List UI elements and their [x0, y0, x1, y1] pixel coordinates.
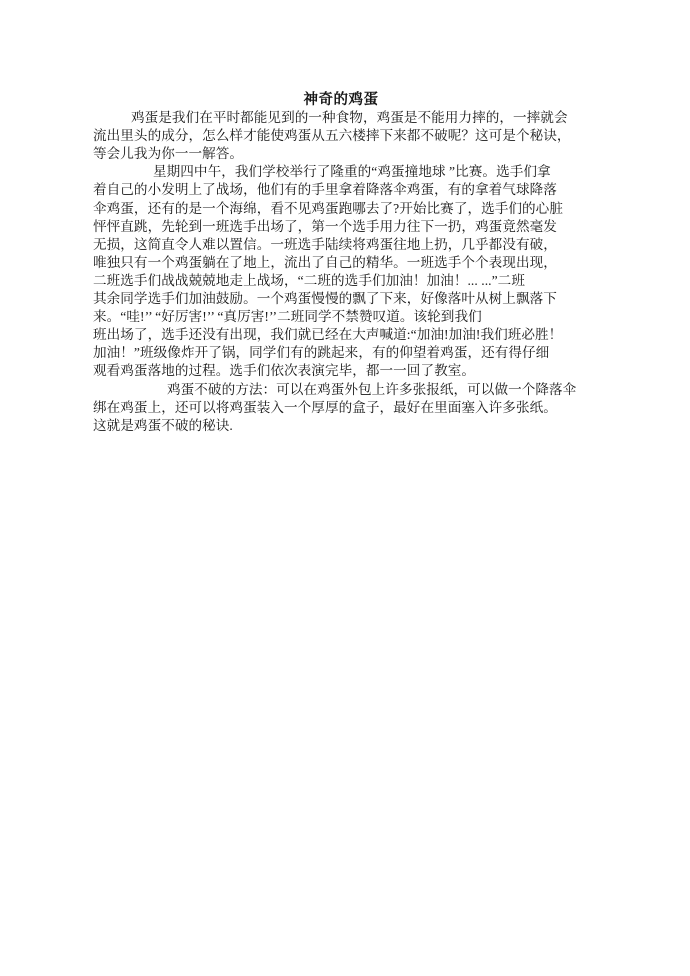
text-line: 二班选手们战战兢兢地走上战场，“二班的选手们加油！加油！... ...”二班	[93, 272, 589, 290]
text-line: 着自己的小发明上了战场，他们有的手里拿着降落伞鸡蛋，有的拿着气球降落	[93, 181, 589, 199]
document-page: 神奇的鸡蛋 鸡蛋是我们在平时都能见到的一种食物，鸡蛋是不能用力摔的，一摔就会流出…	[0, 0, 690, 976]
paragraph-method: 鸡蛋不破的方法：可以在鸡蛋外包上许多张报纸，可以做一个降落伞绑在鸡蛋上，还可以将…	[93, 381, 589, 435]
paragraph-contest: 星期四中午，我们学校举行了隆重的“鸡蛋撞地球 ”比赛。选手们拿着自己的小发明上了…	[93, 163, 589, 380]
text-line: 班出场了，选手还没有出现，我们就已经在大声喊道:“加油!加油!我们班必胜！	[93, 326, 589, 344]
text-line: 绑在鸡蛋上，还可以将鸡蛋装入一个厚厚的盒子，最好在里面塞入许多张纸。	[93, 399, 589, 417]
document-content: 神奇的鸡蛋 鸡蛋是我们在平时都能见到的一种食物，鸡蛋是不能用力摔的，一摔就会流出…	[93, 91, 589, 435]
text-line: 鸡蛋是我们在平时都能见到的一种食物，鸡蛋是不能用力摔的，一摔就会	[93, 109, 589, 127]
text-line: 流出里头的成分，怎么样才能使鸡蛋从五六楼摔下来都不破呢？这可是个秘诀，	[93, 127, 589, 145]
text-line: 星期四中午，我们学校举行了隆重的“鸡蛋撞地球 ”比赛。选手们拿	[93, 163, 589, 181]
text-line: 其余同学选手们加油鼓励。一个鸡蛋慢慢的飘了下来，好像落叶从树上飘落下	[93, 290, 589, 308]
text-line: 加油！”班级像炸开了锅，同学们有的跳起来，有的仰望着鸡蛋，还有得仔细	[93, 344, 589, 362]
text-line: 无损，这简直令人难以置信。一班选手陆续将鸡蛋往地上扔，几乎都没有破，	[93, 236, 589, 254]
paragraph-intro: 鸡蛋是我们在平时都能见到的一种食物，鸡蛋是不能用力摔的，一摔就会流出里头的成分，…	[93, 109, 589, 163]
text-line: 等会儿我为你一一解答。	[93, 145, 589, 163]
text-line: 观看鸡蛋落地的过程。选手们依次表演完毕，都一一回了教室。	[93, 362, 589, 380]
document-title: 神奇的鸡蛋	[93, 91, 589, 109]
text-line: 唯独只有一个鸡蛋躺在了地上，流出了自己的精华。一班选手个个表现出现，	[93, 254, 589, 272]
text-line: 怦怦直跳，先轮到一班选手出场了，第一个选手用力往下一扔，鸡蛋竟然毫发	[93, 218, 589, 236]
text-line: 伞鸡蛋，还有的是一个海绵，看不见鸡蛋跑哪去了?开始比赛了，选手们的心脏	[93, 200, 589, 218]
text-line: 这就是鸡蛋不破的秘诀.	[93, 417, 589, 435]
text-line: 来。“哇!’’ “好厉害!’’ “真厉害!’’二班同学不禁赞叹道。该轮到我们	[93, 308, 589, 326]
text-line: 鸡蛋不破的方法：可以在鸡蛋外包上许多张报纸，可以做一个降落伞	[93, 381, 589, 399]
